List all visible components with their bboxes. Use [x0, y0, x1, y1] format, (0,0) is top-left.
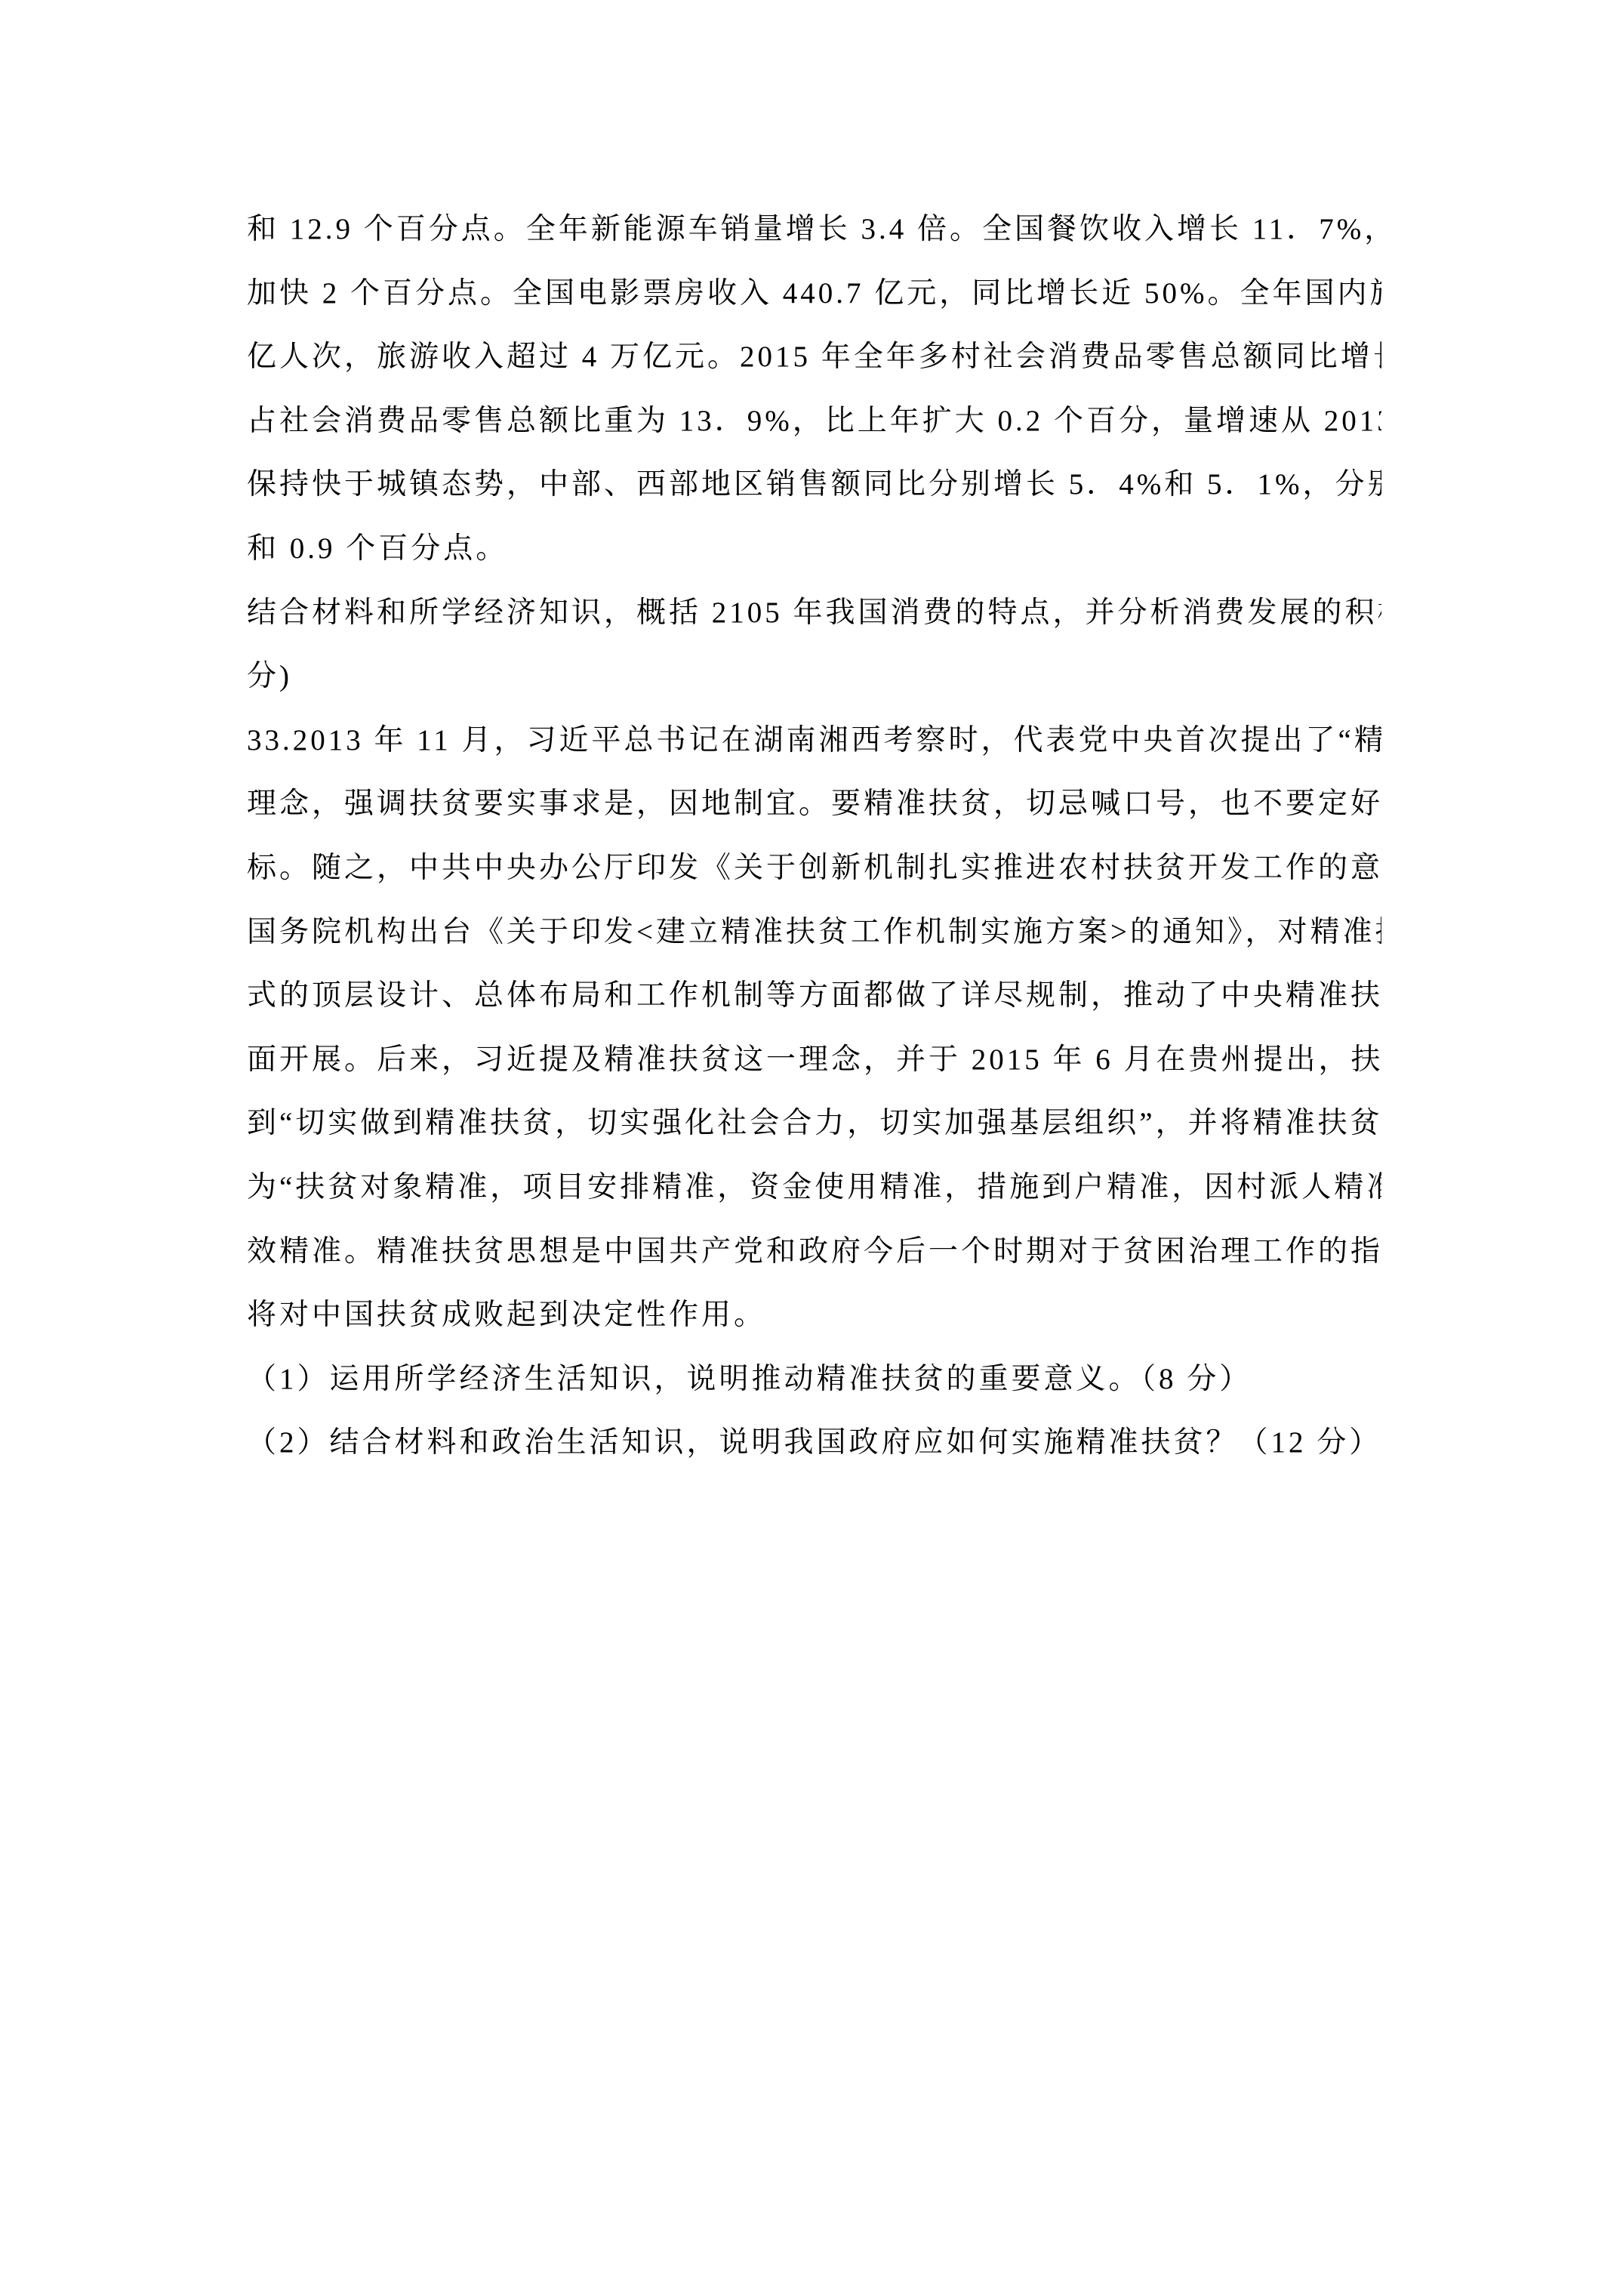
- text-line: 到“切实做到精准扶贫，切实强化社会合力，切实加强基层组织”，并将精准扶贫思想概括: [247, 1092, 1381, 1156]
- text-line: 占社会消费品零售总额比重为 13．9%，比上年扩大 0.2 个百分，量增速从 2…: [247, 390, 1381, 454]
- text-line: 标。随之，中共中央办公厅印发《关于创新机制扎实推进农村扶贫开发工作的意见的通知》…: [247, 837, 1381, 901]
- text-line: 为“扶贫对象精准，项目安排精准，资金使用精准，措施到户精准，因村派人精准，脱贫成: [247, 1156, 1381, 1220]
- document-body: 和 12.9 个百分点。全年新能源车销量增长 3.4 倍。全国餐饮收入增长 11…: [247, 198, 1381, 1475]
- text-line: 将对中国扶贫成败起到决定性作用。: [247, 1284, 1381, 1348]
- text-line: （2）结合材料和政治生活知识，说明我国政府应如何实施精准扶贫？（12 分）: [247, 1411, 1381, 1475]
- text-line: （1）运用所学经济生活知识，说明推动精准扶贫的重要意义。（8 分）: [247, 1348, 1381, 1412]
- text-line: 式的顶层设计、总体布局和工作机制等方面都做了详尽规制，推动了中央精准扶贫思想的全: [247, 964, 1381, 1028]
- text-line: 理念，强调扶贫要实事求是，因地制宜。要精准扶贫，切忌喊口号，也不要定好高骛远的目: [247, 772, 1381, 837]
- text-line: 分): [247, 645, 1381, 709]
- text-line: 和 12.9 个百分点。全年新能源车销量增长 3.4 倍。全国餐饮收入增长 11…: [247, 198, 1381, 262]
- text-line: 33.2013 年 11 月，习近平总书记在湖南湘西考察时，代表党中央首次提出了…: [247, 709, 1381, 773]
- text-line: 保持快于城镇态势，中部、西部地区销售额同比分别增长 5．4%和 5．1%，分别比…: [247, 453, 1381, 517]
- paragraph-question-33-sub1: （1）运用所学经济生活知识，说明推动精准扶贫的重要意义。（8 分）: [247, 1348, 1381, 1412]
- paragraph-consumption-statistics: 和 12.9 个百分点。全年新能源车销量增长 3.4 倍。全国餐饮收入增长 11…: [247, 198, 1381, 581]
- paragraph-question-consumption: 结合材料和所学经济知识，概括 2105 年我国消费的特点，并分析消费发展的积极作…: [247, 581, 1381, 709]
- text-line: 和 0.9 个百分点。: [247, 517, 1381, 581]
- text-line: 加快 2 个百分点。全国电影票房收入 440.7 亿元，同比增长近 50%。全年…: [247, 262, 1381, 326]
- text-line: 面开展。后来，习近提及精准扶贫这一理念，并于 2015 年 6 月在贵州提出，扶…: [247, 1028, 1381, 1093]
- document-page: 和 12.9 个百分点。全年新能源车销量增长 3.4 倍。全国餐饮收入增长 11…: [0, 0, 1623, 2296]
- text-line: 国务院机构出台《关于印发<建立精准扶贫工作机制实施方案>的通知》，对精准扶贫工作…: [247, 901, 1381, 965]
- text-line: 效精准。精准扶贫思想是中国共产党和政府今后一个时期对于贫困治理工作的指导性思想，: [247, 1220, 1381, 1284]
- paragraph-question-33-material: 33.2013 年 11 月，习近平总书记在湖南湘西考察时，代表党中央首次提出了…: [247, 709, 1381, 1348]
- text-line: 亿人次，旅游收入超过 4 万亿元。2015 年全年多村社会消费品零售总额同比增长…: [247, 325, 1381, 390]
- text-line: 结合材料和所学经济知识，概括 2105 年我国消费的特点，并分析消费发展的积极作…: [247, 581, 1381, 646]
- paragraph-question-33-sub2: （2）结合材料和政治生活知识，说明我国政府应如何实施精准扶贫？（12 分）: [247, 1411, 1381, 1475]
